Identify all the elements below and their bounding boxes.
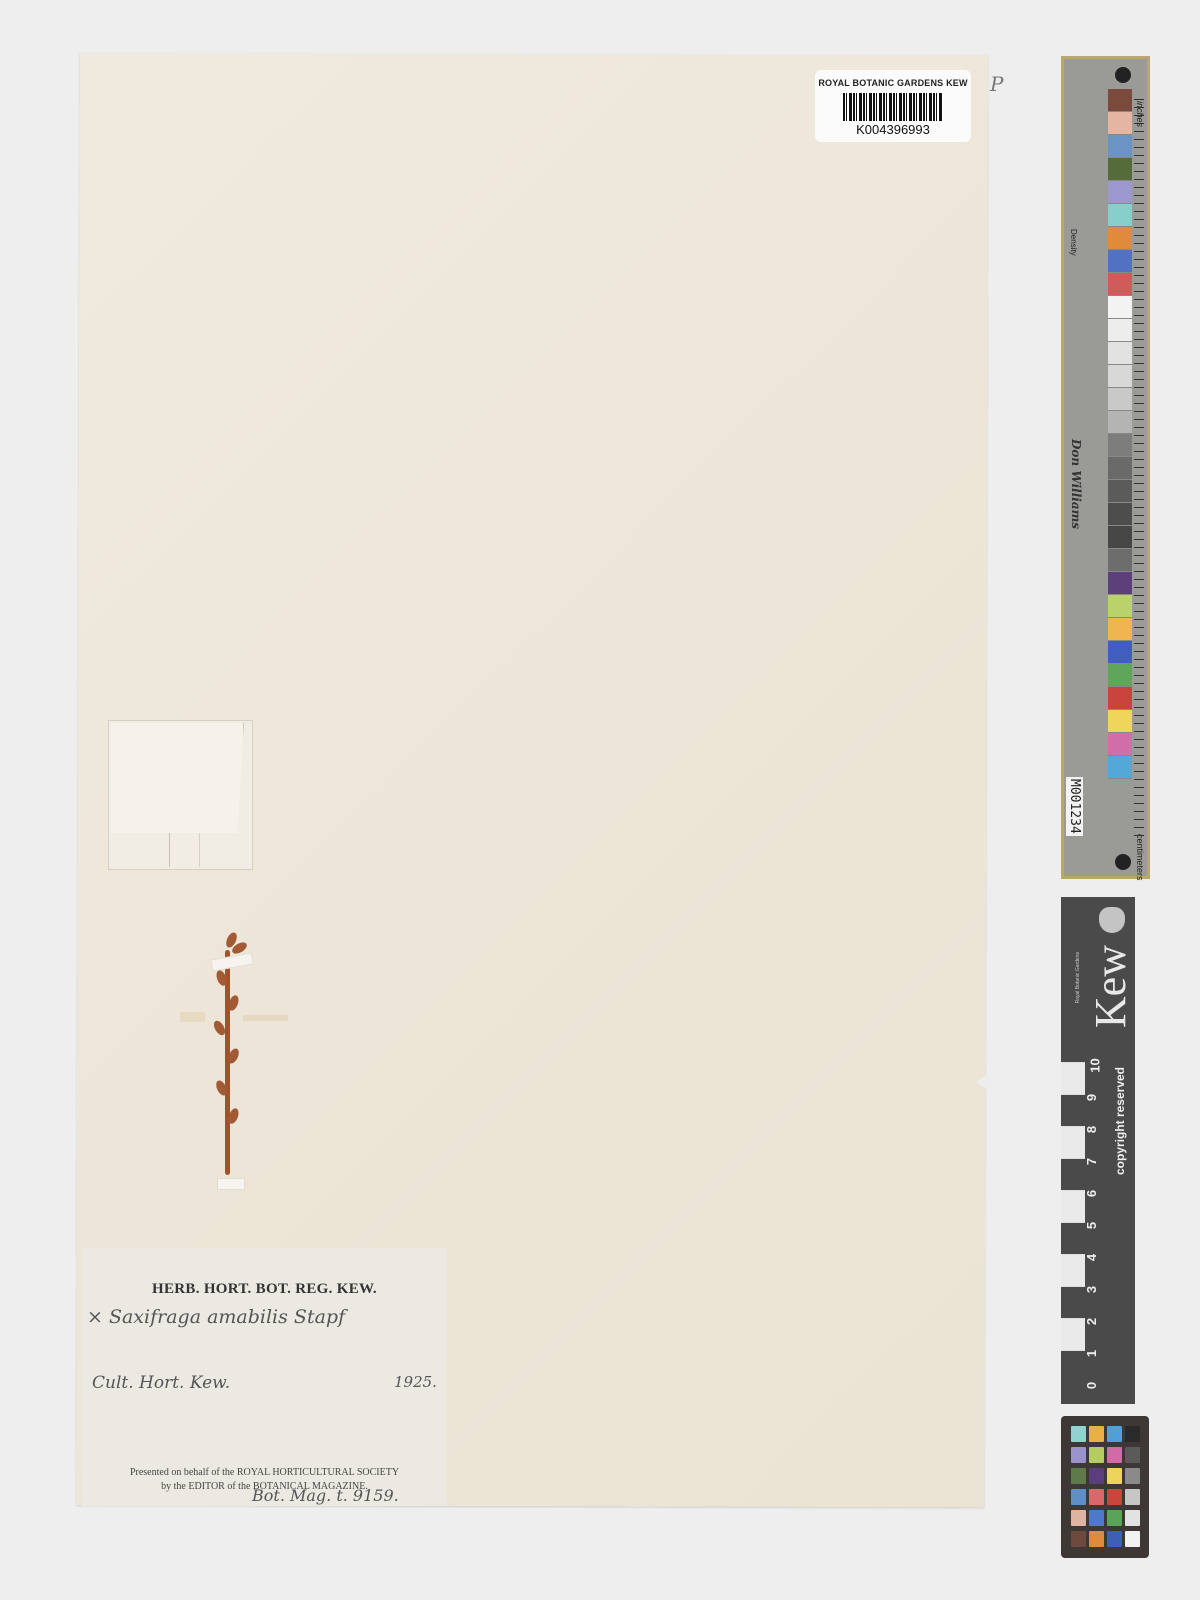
plant-specimen [205,930,265,1190]
sheet-notch [976,1075,986,1089]
scale-block [1061,1126,1085,1158]
checker-cell [1107,1489,1122,1505]
scale-tick-label: 0 [1084,1382,1099,1389]
checker-cell [1089,1510,1104,1526]
hole-icon [1115,854,1131,870]
kew-subtitle: Royal Botanic Gardens [1075,952,1081,1003]
density-label: Density [1069,229,1078,256]
color-swatch [1108,572,1132,595]
kew-scale-bar: Royal Botanic Gardens Kew 109876543210cm… [1061,897,1135,1404]
taxon-name: × Saxifraga amabilis Stapf [87,1306,345,1328]
color-swatch [1108,411,1132,434]
scale-block [1061,1094,1085,1126]
color-swatch [1108,388,1132,411]
color-checker-card [1061,1416,1149,1558]
hole-icon [1115,67,1131,83]
scale-block [1061,1286,1085,1318]
checker-cell [1125,1447,1140,1463]
kew-crest-icon [1099,907,1125,933]
envelope-fold [169,833,170,867]
inches-label: inches [1135,101,1145,127]
color-swatch [1108,526,1132,549]
color-swatch [1108,664,1132,687]
mounting-strap [217,1178,245,1190]
envelope-fold [199,833,200,867]
color-swatch [1108,273,1132,296]
copyright-notice: copyright reserved [1113,1067,1127,1175]
barcode-icon [843,93,943,121]
checker-cell [1071,1468,1086,1484]
centimeters-label: centimeters [1135,834,1145,881]
color-swatch [1108,204,1132,227]
color-swatch [1108,687,1132,710]
checker-cell [1071,1447,1086,1463]
color-swatch [1108,158,1132,181]
determination-label: HERB. HORT. BOT. REG. KEW. × Saxifraga a… [82,1248,447,1506]
barcode-number: K004396993 [815,122,971,137]
color-calibration-bar: inches centimeters Density Don Williams … [1061,56,1150,879]
checker-cell [1089,1531,1104,1547]
color-swatch [1108,457,1132,480]
bot-mag-reference: Bot. Mag. t. 9159. [252,1486,399,1505]
scale-block [1061,1254,1085,1286]
color-swatch [1108,319,1132,342]
checker-cell [1125,1426,1140,1442]
corner-mark: P [990,72,1003,96]
barcode-label: ROYAL BOTANIC GARDENS KEW K004396993 [815,70,971,142]
scale-block [1061,1222,1085,1254]
checker-cell [1107,1531,1122,1547]
scale-block [1061,1062,1085,1094]
color-swatch [1108,89,1132,112]
scale-tick-label: 1 [1084,1350,1099,1357]
color-swatch [1108,434,1132,457]
institution-name: ROYAL BOTANIC GARDENS KEW [815,78,971,88]
checker-cell [1089,1489,1104,1505]
color-swatch [1108,756,1132,779]
checker-cell [1107,1426,1122,1442]
scale-tick-label: 6 [1084,1190,1099,1197]
color-swatch [1108,181,1132,204]
brand-name: Don Williams [1069,439,1083,529]
scale-block [1061,1350,1085,1382]
presented-line-1: Presented on behalf of the ROYAL HORTICU… [82,1466,447,1480]
color-swatch [1108,296,1132,319]
checker-cell [1107,1447,1122,1463]
color-swatch [1108,595,1132,618]
color-swatch [1108,135,1132,158]
locality: Cult. Hort. Kew. [92,1373,230,1393]
scale-block [1061,1318,1085,1350]
glue-stain [180,1012,205,1022]
scale-block [1061,1158,1085,1190]
scale-tick-label: 8 [1084,1126,1099,1133]
color-swatch [1108,365,1132,388]
color-swatch [1108,503,1132,526]
color-swatches [1108,89,1132,779]
calibration-code: M001234 [1066,777,1083,836]
cm-scale-numbers: 109876543210cm [1088,1062,1108,1402]
scale-tick-label: 2 [1084,1318,1099,1325]
checker-cell [1107,1510,1122,1526]
color-swatch [1108,710,1132,733]
checker-cell [1071,1489,1086,1505]
color-checker-grid [1071,1426,1140,1547]
color-swatch [1108,342,1132,365]
scale-tick-label: 7 [1084,1158,1099,1165]
scale-tick-label: 3 [1084,1286,1099,1293]
checker-cell [1089,1426,1104,1442]
herbarium-header: HERB. HORT. BOT. REG. KEW. [82,1281,447,1298]
scale-tick-label: 4 [1084,1254,1099,1261]
checker-cell [1125,1489,1140,1505]
checker-cell [1125,1468,1140,1484]
cm-scale-blocks [1061,1062,1085,1392]
collection-year: 1925. [394,1373,437,1391]
checker-cell [1089,1468,1104,1484]
color-swatch [1108,480,1132,503]
checker-cell [1071,1531,1086,1547]
scale-tick-label: 9 [1084,1094,1099,1101]
checker-cell [1089,1447,1104,1463]
specimen-envelope [108,720,253,870]
mounting-strap [210,952,253,971]
color-swatch [1108,227,1132,250]
checker-cell [1107,1468,1122,1484]
scale-tick-label: 10 [1088,1058,1103,1072]
kew-logo: Kew [1085,945,1136,1028]
checker-cell [1071,1510,1086,1526]
scale-tick-label: 5 [1084,1222,1099,1229]
color-swatch [1108,641,1132,664]
envelope-flap [111,723,244,833]
color-swatch [1108,250,1132,273]
checker-cell [1125,1531,1140,1547]
inch-ruler [1134,99,1144,839]
checker-cell [1125,1510,1140,1526]
color-swatch [1108,733,1132,756]
checker-cell [1071,1426,1086,1442]
color-swatch [1108,618,1132,641]
scale-block [1061,1190,1085,1222]
color-swatch [1108,112,1132,135]
color-swatch [1108,549,1132,572]
